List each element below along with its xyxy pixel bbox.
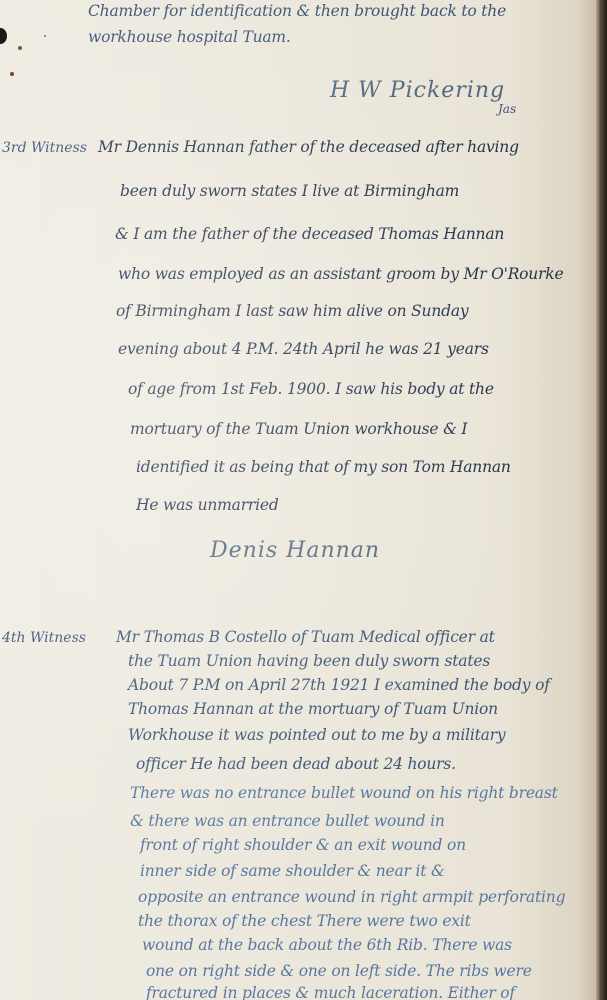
witness4-word: Witness [30, 630, 86, 646]
witness3-line: & I am the father of the deceased Thomas… [115, 225, 504, 243]
witness4-line: Mr Thomas B Costello of Tuam Medical off… [116, 628, 495, 646]
witness3-label: 3rd Witness [2, 140, 87, 156]
witness4-line: & there was an entrance bullet wound in [130, 812, 445, 830]
witness3-line: been duly sworn states I live at Birming… [120, 182, 459, 200]
stain-spot [18, 46, 22, 50]
witness4-line: the thorax of the chest There were two e… [138, 912, 471, 930]
stain-spot [10, 72, 14, 76]
document-page: Chamber for identification & then brough… [0, 0, 596, 1000]
witness4-line: wound at the back about the 6th Rib. The… [142, 936, 512, 954]
signature-denis-hannan: Denis Hannan [210, 538, 380, 563]
witness4-line: officer He had been dead about 24 hours. [136, 755, 456, 773]
witness4-line: the Tuam Union having been duly sworn st… [128, 652, 490, 670]
witness3-line: He was unmarried [136, 496, 279, 514]
binding-hole [0, 28, 7, 44]
witness3-word: Witness [31, 140, 87, 156]
witness4-line: opposite an entrance wound in right armp… [138, 888, 565, 906]
witness3-line: identified it as being that of my son To… [136, 458, 511, 476]
witness4-line: fractured in places & much laceration. E… [146, 984, 515, 1000]
witness4-line: inner side of same shoulder & near it & [140, 862, 445, 880]
witness3-line: mortuary of the Tuam Union workhouse & I [130, 420, 467, 438]
witness4-line: There was no entrance bullet wound on hi… [130, 784, 558, 802]
signature-pickering: H W Pickering [330, 78, 505, 103]
witness3-line: Mr Dennis Hannan father of the deceased … [98, 138, 519, 156]
continuation-line: workhouse hospital Tuam. [88, 28, 291, 46]
witness4-line: Workhouse it was pointed out to me by a … [128, 726, 505, 744]
stain-spot [44, 35, 46, 37]
continuation-line: Chamber for identification & then brough… [88, 2, 506, 20]
witness3-line: evening about 4 P.M. 24th April he was 2… [118, 340, 489, 358]
witness3-line: of Birmingham I last saw him alive on Su… [116, 302, 468, 320]
witness4-ordinal: 4th [2, 630, 26, 646]
witness3-line: of age from 1st Feb. 1900. I saw his bod… [128, 380, 494, 398]
witness3-line: who was employed as an assistant groom b… [118, 265, 563, 283]
signature-suffix: Jas [498, 102, 516, 116]
witness4-line: Thomas Hannan at the mortuary of Tuam Un… [128, 700, 498, 718]
witness4-line: front of right shoulder & an exit wound … [140, 836, 466, 854]
witness4-line: About 7 P.M on April 27th 1921 I examine… [128, 676, 550, 694]
witness3-ordinal: 3rd [2, 140, 27, 156]
witness4-label: 4th Witness [2, 630, 86, 646]
page-edge-shadow [596, 0, 607, 1000]
witness4-line: one on right side & one on left side. Th… [146, 962, 532, 980]
